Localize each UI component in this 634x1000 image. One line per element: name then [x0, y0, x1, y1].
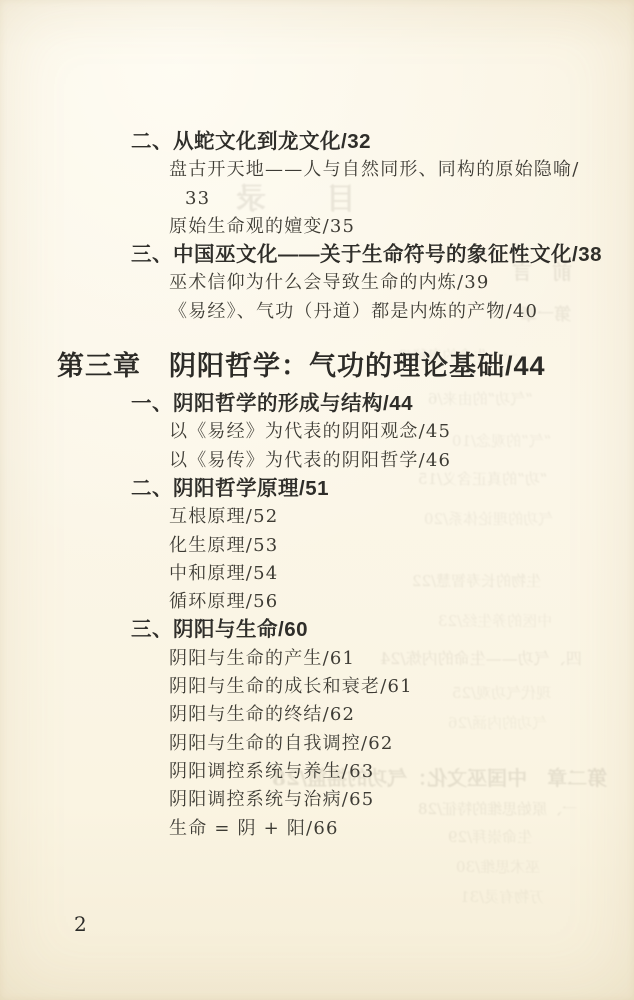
toc-entry: 阴阳与生命的自我调控/62: [169, 730, 634, 758]
toc-entry: 第三章 阴阳哲学：气功的理论基础/44: [57, 346, 634, 386]
bleedthrough-line: 巫术思维/30: [456, 856, 540, 877]
toc-entry: 以《易传》为代表的阴阳哲学/46: [169, 447, 634, 475]
toc-entry: 阴阳与生命的成长和衰老/61: [169, 673, 634, 701]
toc-entry: 阴阳调控系统与治病/65: [169, 786, 634, 814]
toc-entry: 《易经》、气功（丹道）都是内炼的产物/40: [169, 298, 634, 326]
toc-entry: 二、阴阳哲学原理/51: [131, 475, 634, 503]
toc-entry: 巫术信仰为什么会导致生命的内炼/39: [169, 269, 634, 297]
toc-entry: 三、阴阳与生命/60: [131, 616, 634, 644]
page-number: 2: [74, 912, 87, 936]
toc-entry: 化生原理/53: [169, 532, 634, 560]
toc-entry: 一、阴阳哲学的形成与结构/44: [131, 390, 634, 418]
toc-entry: 三、中国巫文化——关于生命符号的象征性文化/38: [131, 241, 634, 269]
book-page: 目 录前 言第一章一、生命的奥秘/3“气功”的由来/6“气”的观念/10“功”的…: [0, 0, 634, 1000]
toc-entry: 原始生命观的嬗变/35: [169, 213, 634, 241]
toc-entry: 中和原理/54: [169, 560, 634, 588]
toc-entry: 以《易经》为代表的阴阳观念/45: [169, 418, 634, 446]
bleedthrough-line: 万物有灵/31: [460, 886, 544, 907]
toc-entry: 循环原理/56: [169, 588, 634, 616]
toc-entry: 生命 = 阴 + 阳/66: [169, 815, 634, 843]
toc-entry: 盘古开天地——人与自然同形、同构的原始隐喻/: [169, 156, 634, 184]
toc-entry: 互根原理/52: [169, 503, 634, 531]
toc-list: 二、从蛇文化到龙文化/32盘古开天地——人与自然同形、同构的原始隐喻/33原始生…: [0, 0, 634, 843]
toc-entry: 阴阳与生命的终结/62: [169, 701, 634, 729]
toc-entry: 33: [185, 185, 634, 213]
toc-entry: 二、从蛇文化到龙文化/32: [131, 128, 634, 156]
toc-entry: 阴阳与生命的产生/61: [169, 645, 634, 673]
toc-entry: 阴阳调控系统与养生/63: [169, 758, 634, 786]
